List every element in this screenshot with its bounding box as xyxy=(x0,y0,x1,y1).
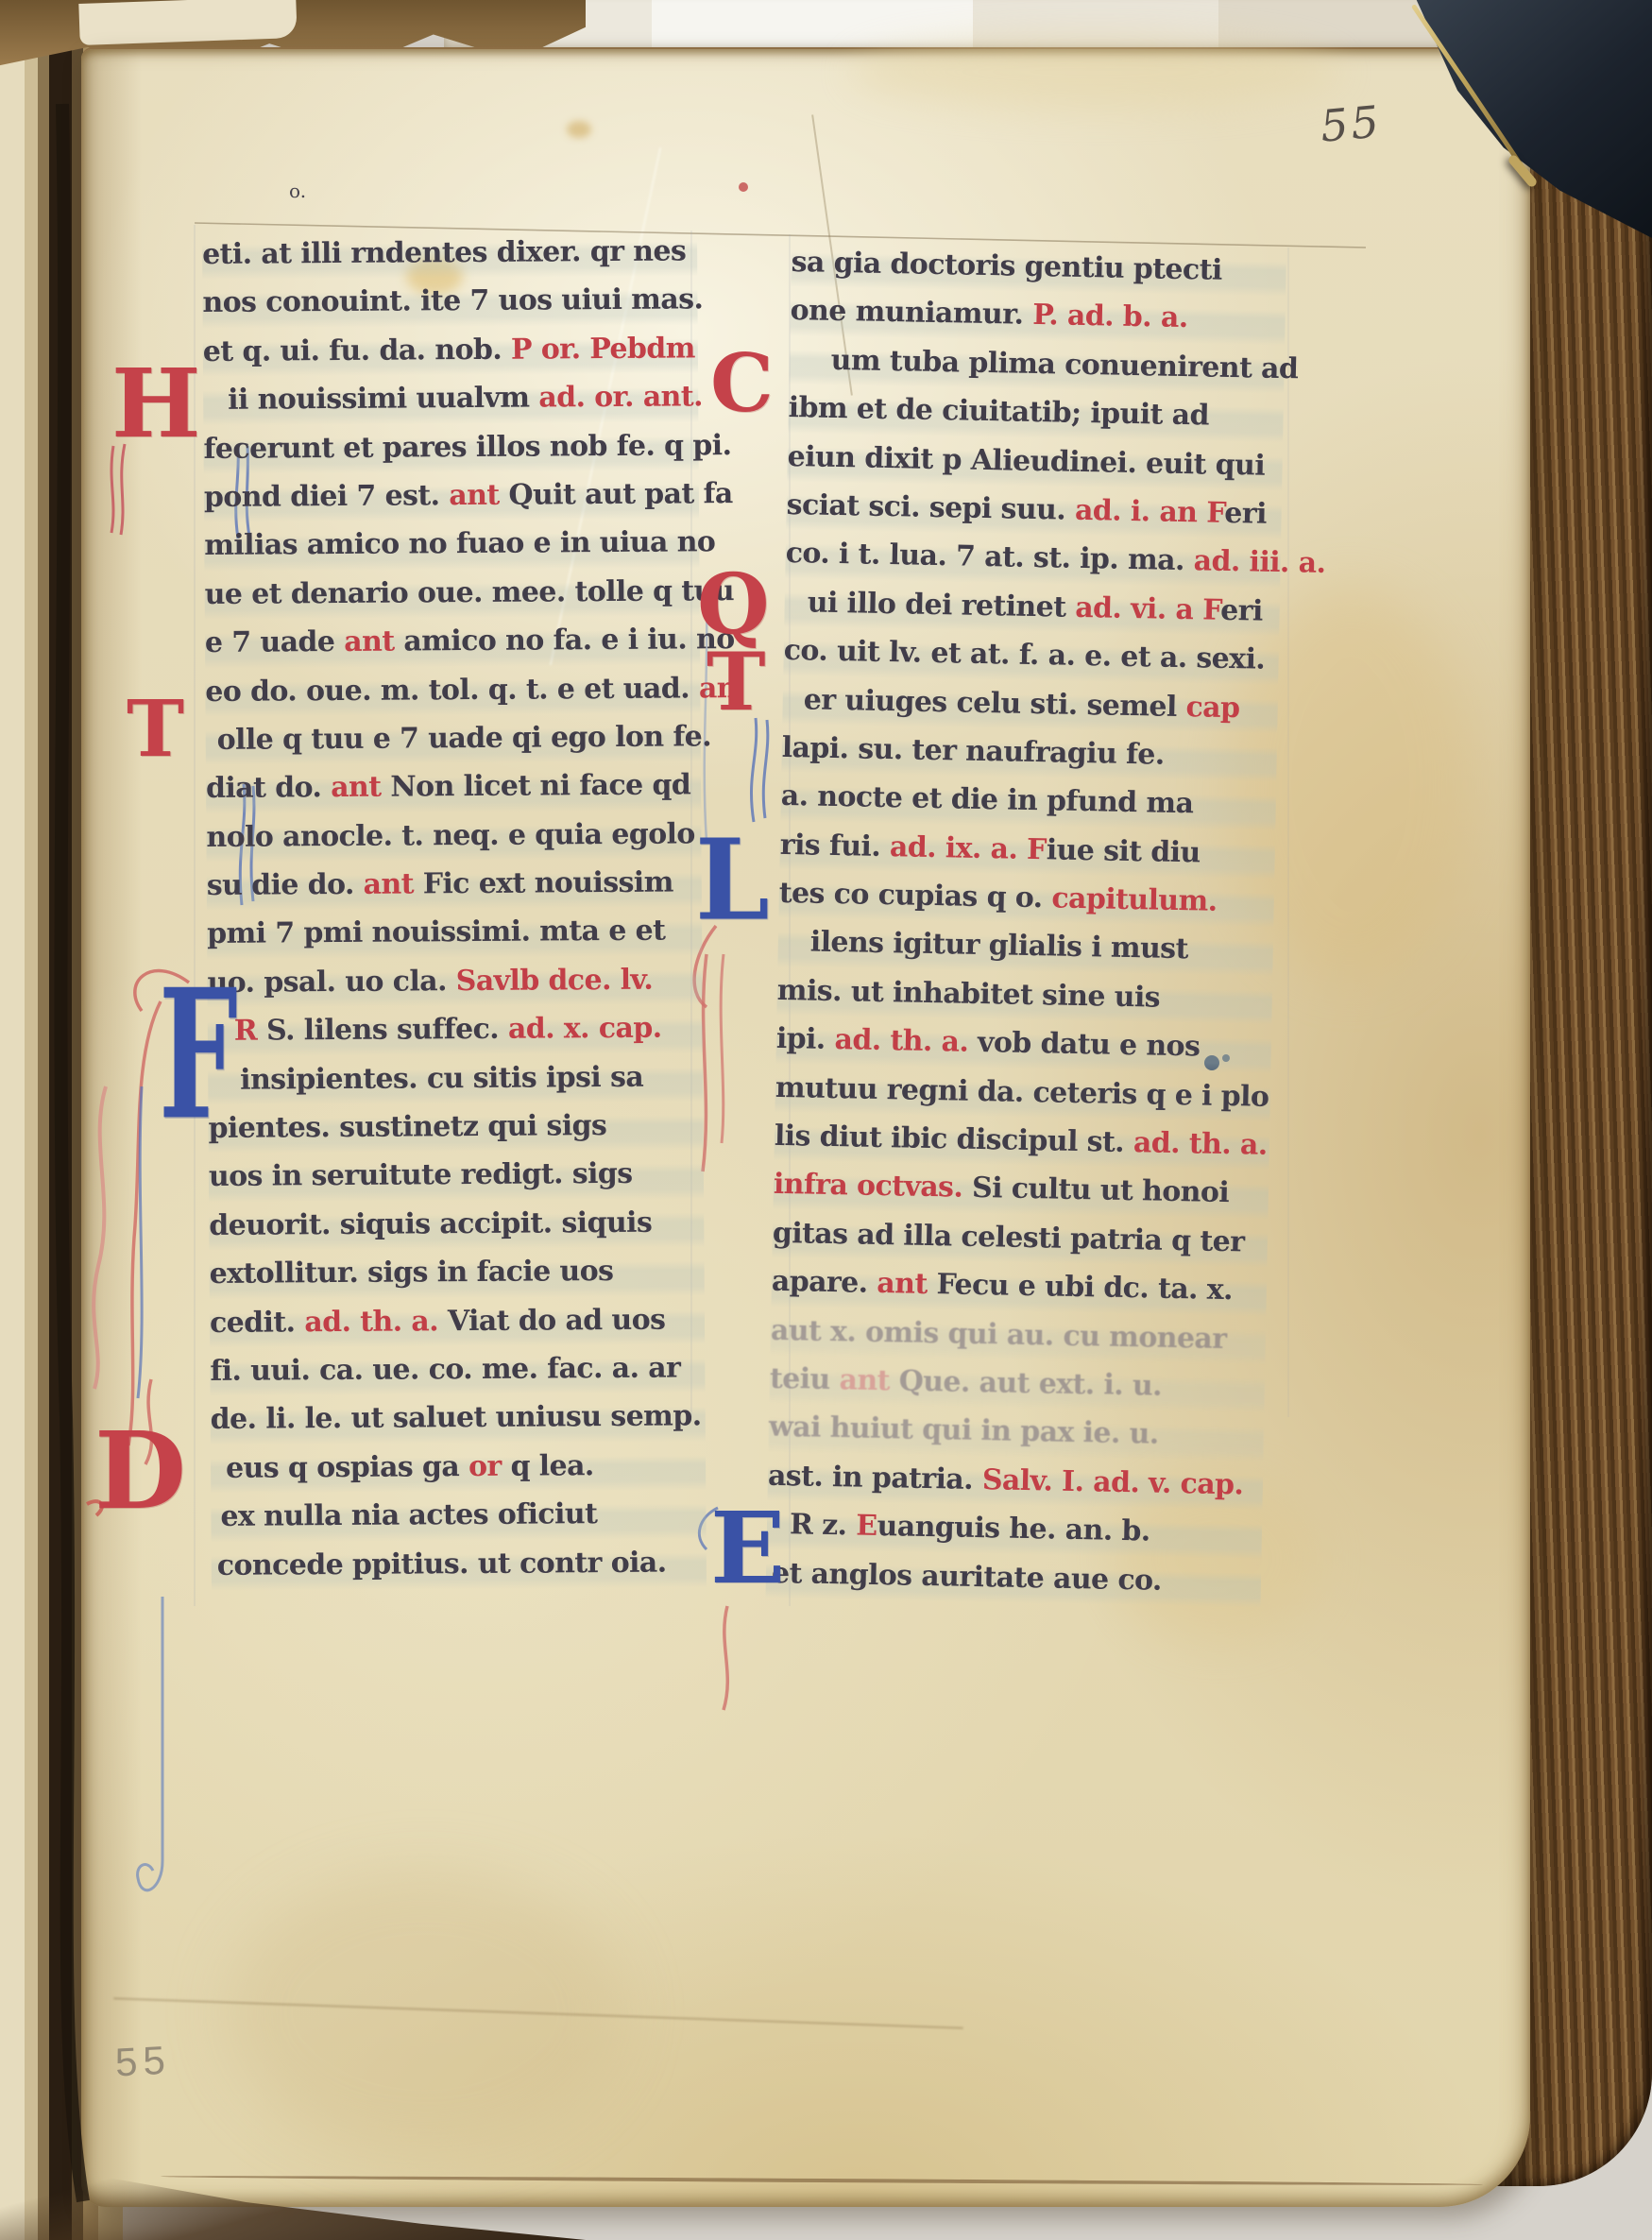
ink-text: sa gia doctoris gentiu ptecti xyxy=(791,246,1222,287)
manuscript-line: de. li. le. ut saluet uniusu semp. xyxy=(211,1400,706,1452)
ink-text: tes co cupias q o. xyxy=(779,877,1052,915)
ink-text: et anglos auritate aue co. xyxy=(772,1556,1162,1597)
ink-text: ilens igitur glialis i must xyxy=(810,926,1189,966)
manuscript-line: cedit. ad. th. a. Viat do ad uos xyxy=(210,1303,705,1355)
ink-text: concede ppitius. ut contr oia. xyxy=(217,1546,667,1582)
manuscript-line: su die do. ant Fic ext nouissim xyxy=(207,865,702,917)
rubric-text: P. ad. b. a. xyxy=(1032,299,1188,334)
ink-text: er uiuges celu sti. semel xyxy=(803,683,1185,724)
ink-text: a. nocte et die in pfund ma xyxy=(780,779,1193,820)
manuscript-line: pientes. sustinetz qui sigs xyxy=(208,1108,703,1160)
text-column-right: sa gia doctoris gentiu ptectione muniamu… xyxy=(765,246,1286,1615)
rubric-text: ad. or. ant. xyxy=(538,380,703,414)
manuscript-line: extollitur. sigs in facie uos xyxy=(210,1255,705,1307)
ink-text: pientes. sustinetz qui sigs xyxy=(208,1109,606,1145)
ink-text: q lea. xyxy=(502,1449,594,1483)
marginal-mark: o. xyxy=(289,180,306,202)
text-column-left: eti. at illi rndentes dixer. qr nesnos c… xyxy=(202,234,707,1598)
ink-text: eus q ospias ga xyxy=(226,1450,468,1485)
ink-text: ibm et de ciuitatib; ipuit ad xyxy=(788,391,1209,433)
rubric-text: Savlb dce. lv. xyxy=(456,964,654,998)
rubric-text: infra octvas. xyxy=(774,1168,973,1205)
ink-text: ui illo dei retinet xyxy=(807,586,1075,624)
ink-text: eo do. oue. m. tol. q. t. e et uad. xyxy=(205,672,699,709)
manuscript-line: et anglos auritate aue co. xyxy=(765,1556,1261,1614)
ink-text: pond diei 7 est. xyxy=(204,479,450,514)
ink-text: sciat sci. sepi suu. xyxy=(786,488,1075,527)
ink-text: extollitur. sigs in facie uos xyxy=(210,1255,614,1291)
ink-text: co. i t. lua. 7 at. st. ip. ma. xyxy=(785,537,1194,577)
rubric-text: ant xyxy=(331,771,382,804)
manuscript-line: ue et denario oue. mee. tolle q tuu xyxy=(205,574,700,626)
ink-text: ex nulla nia actes oficiut xyxy=(220,1497,597,1533)
manuscript-line: ex nulla nia actes oficiut xyxy=(211,1496,706,1548)
ink-text: Si cultu ut honoi xyxy=(972,1171,1230,1209)
ink-text: e 7 uade xyxy=(205,625,344,659)
ink-text: iue sit diu xyxy=(1046,833,1201,869)
ink-text: vob datu e nos xyxy=(968,1026,1201,1064)
ink-text: eri xyxy=(1224,497,1267,531)
rubric-text: ad. i. an F xyxy=(1075,494,1225,530)
ink-text: ipi. xyxy=(776,1022,835,1056)
ink-text: Non licet ni face qd xyxy=(381,769,690,804)
rubric-text: R xyxy=(234,1015,258,1048)
ink-text: Viat do ad uos xyxy=(438,1303,666,1338)
manuscript-line: eus q ospias ga or q lea. xyxy=(211,1448,706,1500)
ink-text: Quit aut pat fa xyxy=(499,477,732,512)
rubric-text: ad. ix. a. F xyxy=(890,830,1047,866)
rubric-text: ant xyxy=(877,1267,928,1301)
ink-text: ue et denario oue. mee. tolle q tuu xyxy=(205,574,735,611)
ink-text: Que. aut ext. i. u. xyxy=(890,1364,1163,1403)
manuscript-line: pond diei 7 est. ant Quit aut pat fa xyxy=(204,477,699,529)
ink-text: nos conouint. ite 7 uos uiui mas. xyxy=(202,283,703,320)
ink-text: wai huiut qui in pax ie. u. xyxy=(769,1411,1159,1451)
manuscript-line: nolo anocle. t. neq. e quia egolo xyxy=(206,817,701,869)
manuscript-line: fecerunt et pares illos nob fe. q pi. xyxy=(203,429,698,481)
folio-number-pencil: 55 xyxy=(114,2037,172,2085)
rubric-text: ant xyxy=(449,479,500,512)
ink-text: lis diut ibic discipul st. xyxy=(775,1120,1134,1159)
ink-text: diat do. xyxy=(206,771,331,805)
manuscript-line: insipientes. cu sitis ipsi sa xyxy=(208,1060,703,1112)
manuscript-line: uos in seruitute redigt. sigs xyxy=(209,1157,704,1209)
ink-text: ast. in patria. xyxy=(768,1460,983,1496)
ink-text: de. li. le. ut saluet uniusu semp. xyxy=(211,1400,702,1437)
manuscript-line: e 7 uade ant amico no fa. e i iu. no xyxy=(205,623,700,675)
ink-text: R z. xyxy=(790,1508,857,1542)
rubric-text: ad. th. a. xyxy=(834,1023,968,1059)
rubric-text: ant xyxy=(839,1363,890,1397)
ink-text: su die do. xyxy=(207,868,364,902)
ink-text: S. lilens suffec. xyxy=(257,1013,508,1048)
rubric-text: ad. th. a. xyxy=(1133,1126,1268,1162)
ink-text: fi. uui. ca. ue. co. me. fac. a. ar xyxy=(210,1351,680,1387)
rubric-text: ad. vi. a F xyxy=(1075,591,1221,627)
manuscript-line: et q. ui. fu. da. nob. P or. Pebdm xyxy=(203,332,698,384)
ink-text: ris fui. xyxy=(779,829,890,864)
rubric-text: ant xyxy=(344,625,395,658)
ink-text: one muniamur. xyxy=(790,294,1032,332)
ink-text: uanguis he. an. b. xyxy=(877,1510,1150,1548)
rubric-text: capitulum. xyxy=(1051,881,1218,917)
rubric-text: cap xyxy=(1185,691,1240,725)
ink-text: Fic ext nouissim xyxy=(414,866,673,901)
manuscript-line: uo. psal. uo cla. Savlb dce. lv. xyxy=(207,963,702,1015)
leaf-fragment xyxy=(78,0,297,45)
ink-text: uo. psal. uo cla. xyxy=(207,965,455,1000)
ink-text: et q. ui. fu. da. nob. xyxy=(203,333,511,368)
manuscript-line: eo do. oue. m. tol. q. t. e et uad. an xyxy=(205,672,700,724)
ink-text: mis. ut inhabitet sine uis xyxy=(777,974,1161,1015)
rubric-text: P or. Pebdm xyxy=(511,332,695,366)
manuscript-line: wai huiut qui in pax ie. u. xyxy=(768,1411,1264,1468)
rubric-text: ad. x. cap. xyxy=(508,1012,662,1046)
ink-text: ii nouissimi uualvm xyxy=(228,382,538,417)
ink-text: cedit. xyxy=(210,1306,305,1340)
ink-text: amico no fa. e i iu. no xyxy=(394,623,734,658)
rubric-text: an xyxy=(699,672,737,705)
ink-text: lapi. su. ter naufragiu fe. xyxy=(781,731,1165,772)
rubric-text: Salv. I. ad. v. cap. xyxy=(982,1463,1244,1501)
ink-text: pmi 7 pmi nouissimi. mta e et xyxy=(207,915,665,950)
ink-text: deuorit. siquis accipit. siquis xyxy=(209,1206,652,1242)
ink-text: apare. xyxy=(772,1265,877,1300)
folio-number-ink: 55 xyxy=(1319,95,1384,151)
rubric-text: ant xyxy=(363,868,414,901)
manuscript-line: olle q tuu e 7 uade qi ego lon fe. xyxy=(206,720,701,772)
ink-text: eri xyxy=(1220,594,1263,628)
manuscript-line: concede ppitius. ut contr oia. xyxy=(212,1546,707,1598)
rubric-text: ad. th. a. xyxy=(304,1305,438,1339)
ink-text: fecerunt et pares illos nob fe. q pi. xyxy=(203,429,731,466)
ink-text: teiu xyxy=(770,1362,840,1396)
manuscript-line: fi. uui. ca. ue. co. me. fac. a. ar xyxy=(210,1351,705,1403)
ink-text: Fecu e ubi dc. ta. x. xyxy=(927,1268,1233,1307)
manuscript-photo: eti. at illi rndentes dixer. qr nesnos c… xyxy=(0,0,1652,2240)
rubric-text: or xyxy=(468,1450,502,1483)
ink-text: uos in seruitute redigt. sigs xyxy=(209,1157,633,1193)
manuscript-line: ii nouissimi uualvm ad. or. ant. xyxy=(203,381,698,433)
manuscript-line: nos conouint. ite 7 uos uiui mas. xyxy=(202,283,697,335)
ink-text: insipientes. cu sitis ipsi sa xyxy=(240,1060,643,1096)
ink-text: nolo anocle. t. neq. e quia egolo xyxy=(206,817,695,854)
manuscript-line: R S. lilens suffec. ad. x. cap. xyxy=(208,1012,703,1064)
ink-text: eti. at illi rndentes dixer. qr nes xyxy=(202,234,686,271)
manuscript-line: milias amico no fuao e in uiua no xyxy=(204,526,699,578)
manuscript-line: deuorit. siquis accipit. siquis xyxy=(209,1205,704,1257)
manuscript-line: pmi 7 pmi nouissimi. mta e et xyxy=(207,915,702,966)
rubric-text: E xyxy=(856,1510,877,1543)
rubric-text: ad. iii. a. xyxy=(1193,545,1325,581)
manuscript-line: diat do. ant Non licet ni face qd xyxy=(206,769,701,821)
ink-text: olle q tuu e 7 uade qi ego lon fe. xyxy=(217,720,712,757)
ink-text: milias amico no fuao e in uiua no xyxy=(204,526,715,563)
manuscript-line: eti. at illi rndentes dixer. qr nes xyxy=(202,234,697,286)
